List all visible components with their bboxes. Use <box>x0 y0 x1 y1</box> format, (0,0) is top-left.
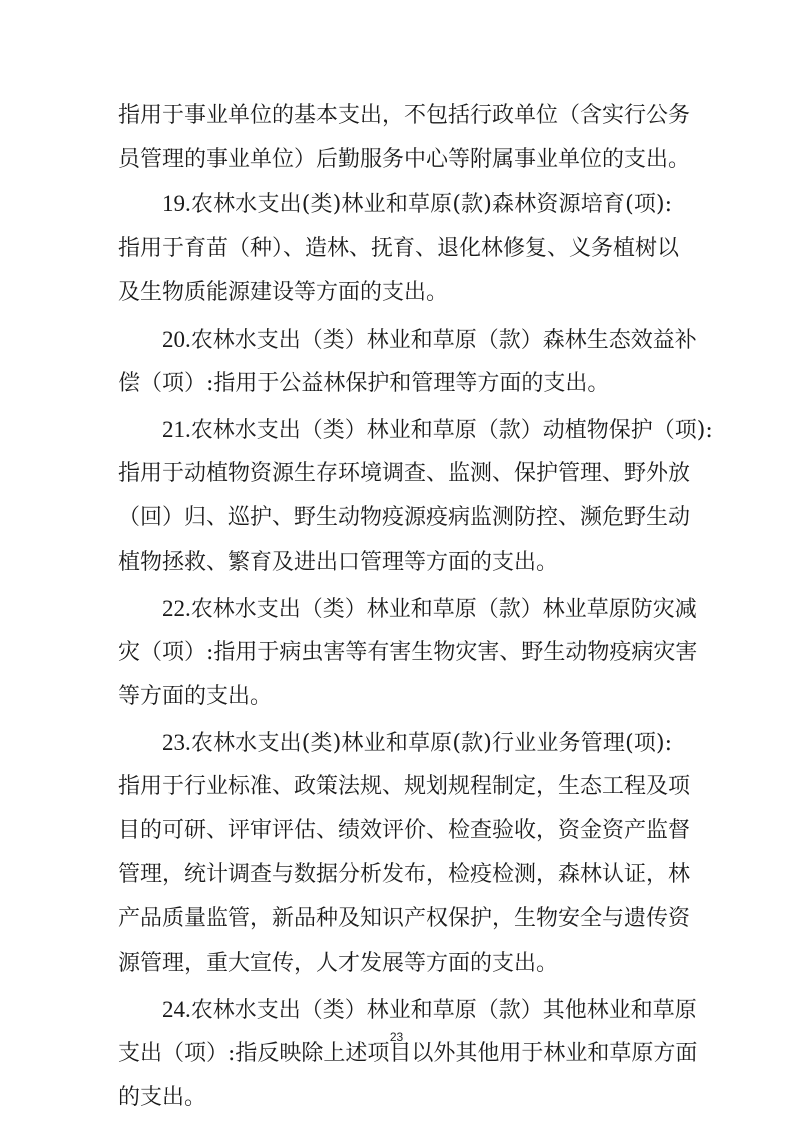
paragraph-line: 指用于动植物资源生存环境调查、监测、保护管理、野外放 <box>118 456 672 492</box>
paragraph-line: （回）归、巡护、野生动物疫源疫病监测防控、濒危野生动 <box>118 500 672 536</box>
line-text: 农林水支出(类)林业和草原(款)森林资源培育(项): <box>191 192 672 217</box>
line-text: 农林水支出（类）林业和草原（款）其他林业和草原 <box>191 998 697 1023</box>
paragraph-line: 指用于行业标准、政策法规、规划规程制定，生态工程及项 <box>118 769 672 805</box>
line-text: 指用于育苗（种）、造林、抚育、退化林修复、义务植树以 <box>118 236 679 261</box>
paragraph-first-line: 21.农林水支出（类）林业和草原（款）动植物保护（项): <box>162 412 672 448</box>
line-text: 偿（项）:指用于公益林保护和管理等方面的支出。 <box>118 371 609 396</box>
paragraph-line: 及生物质能源建设等方面的支出。 <box>118 275 672 311</box>
paragraph-first-line: 20.农林水支出（类）林业和草原（款）森林生态效益补 <box>162 322 672 358</box>
item-number: 22. <box>162 596 191 621</box>
line-text: 指用于动植物资源生存环境调查、监测、保护管理、野外放 <box>118 461 690 486</box>
item-number: 20. <box>162 327 191 352</box>
paragraph-first-line: 23.农林水支出(类)林业和草原(款)行业业务管理(项): <box>162 725 672 761</box>
paragraph-line: 产品质量监管，新品种及知识产权保护，生物安全与遗传资 <box>118 901 672 937</box>
line-text: （回）归、巡护、野生动物疫源疫病监测防控、濒危野生动 <box>118 505 690 530</box>
paragraph-line: 目的可研、评审评估、绩效评价、检查验收，资金资产监督 <box>118 813 672 849</box>
line-text: 产品质量监管，新品种及知识产权保护，生物安全与遗传资 <box>118 906 690 931</box>
line-text: 目的可研、评审评估、绩效评价、检查验收，资金资产监督 <box>118 818 690 843</box>
line-text: 支出（项）:指反映除上述项目以外其他用于林业和草原方面 <box>118 1041 697 1066</box>
paragraph-line: 指用于事业单位的基本支出，不包括行政单位（含实行公务 <box>118 98 672 134</box>
line-text: 农林水支出（类）林业和草原（款）森林生态效益补 <box>191 328 697 353</box>
paragraph-line: 偿（项）:指用于公益林保护和管理等方面的支出。 <box>118 366 672 402</box>
line-text: 指用于行业标准、政策法规、规划规程制定，生态工程及项 <box>118 774 690 799</box>
line-text: 的支出。 <box>118 1085 206 1110</box>
paragraph-line: 灾（项）:指用于病虫害等有害生物灾害、野生动物疫病灾害 <box>118 635 672 671</box>
paragraph-line: 指用于育苗（种）、造林、抚育、退化林修复、义务植树以 <box>118 231 672 267</box>
item-number: 21. <box>162 417 191 442</box>
item-number: 23. <box>162 730 191 755</box>
paragraph-line: 的支出。 <box>118 1080 672 1116</box>
document-page: 指用于事业单位的基本支出，不包括行政单位（含实行公务员管理的事业单位）后勤服务中… <box>0 0 793 1122</box>
paragraph-first-line: 24.农林水支出（类）林业和草原（款）其他林业和草原 <box>162 992 672 1028</box>
line-text: 农林水支出（类）林业和草原（款）林业草原防灾减 <box>191 597 697 622</box>
paragraph-first-line: 19.农林水支出(类)林业和草原(款)森林资源培育(项): <box>162 186 672 222</box>
paragraph-first-line: 22.农林水支出（类）林业和草原（款）林业草原防灾减 <box>162 591 672 627</box>
paragraph-line: 员管理的事业单位）后勤服务中心等附属事业单位的支出。 <box>118 142 672 178</box>
item-number: 19. <box>162 191 191 216</box>
line-text: 农林水支出（类）林业和草原（款）动植物保护（项): <box>191 418 713 443</box>
paragraph-line: 管理，统计调查与数据分析发布，检疫检测，森林认证，林 <box>118 857 672 893</box>
line-text: 源管理，重大宣传，人才发展等方面的支出。 <box>118 951 558 976</box>
paragraph-line: 源管理，重大宣传，人才发展等方面的支出。 <box>118 946 672 982</box>
item-number: 24. <box>162 997 191 1022</box>
line-text: 农林水支出(类)林业和草原(款)行业业务管理(项): <box>191 731 672 756</box>
line-text: 及生物质能源建设等方面的支出。 <box>118 280 448 305</box>
line-text: 指用于事业单位的基本支出，不包括行政单位（含实行公务 <box>118 103 690 128</box>
line-text: 植物拯救、繁育及进出口管理等方面的支出。 <box>118 550 558 575</box>
line-text: 管理，统计调查与数据分析发布，检疫检测，森林认证，林 <box>118 862 690 887</box>
page-number: 23 <box>0 1030 793 1044</box>
line-text: 员管理的事业单位）后勤服务中心等附属事业单位的支出。 <box>118 147 690 172</box>
paragraph-line: 植物拯救、繁育及进出口管理等方面的支出。 <box>118 545 672 581</box>
line-text: 等方面的支出。 <box>118 684 272 709</box>
paragraph-line: 等方面的支出。 <box>118 679 672 715</box>
line-text: 灾（项）:指用于病虫害等有害生物灾害、野生动物疫病灾害 <box>118 640 697 665</box>
